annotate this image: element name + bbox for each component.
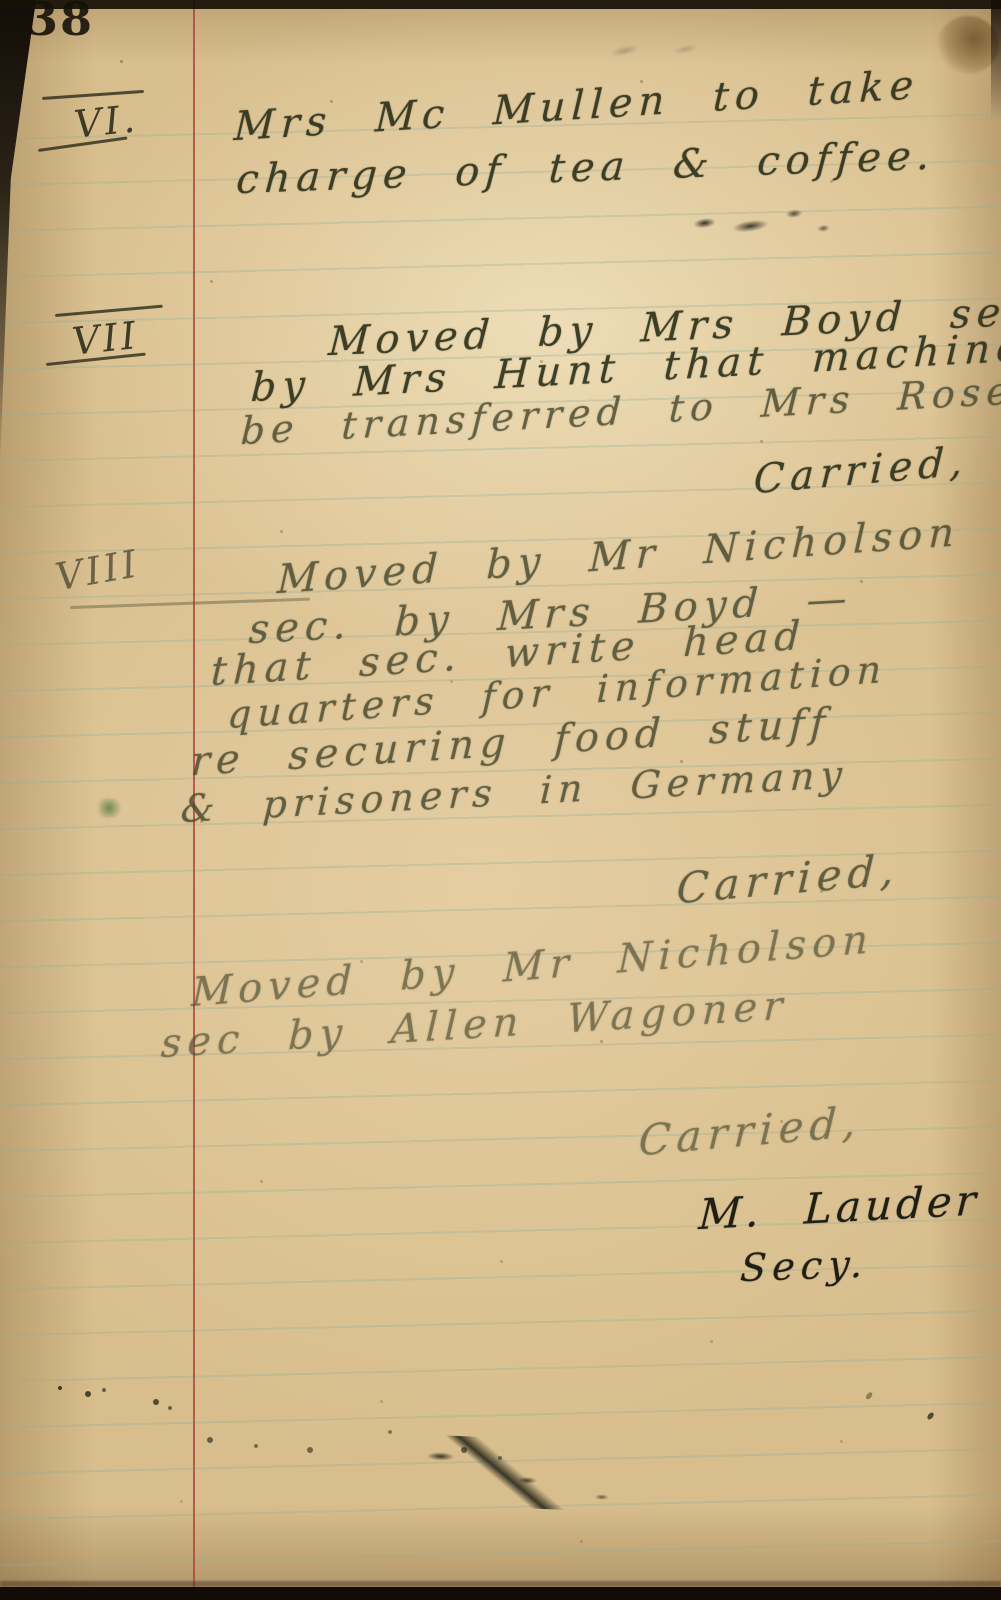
stain [937,16,999,74]
page-edge-bottom [0,1587,1001,1600]
minute-book-page: 38 VI. Mrs Mc Mullen to take charge of t… [0,0,1001,1600]
secretary-title: Secy. [739,1242,870,1291]
ink-smudge [58,1386,62,1390]
ink-smudge [94,798,124,818]
ink-smudge [389,1434,641,1513]
page-edge-right [991,0,1001,120]
page-edge-top [0,0,1001,9]
paper-fiber-specks [120,60,123,63]
